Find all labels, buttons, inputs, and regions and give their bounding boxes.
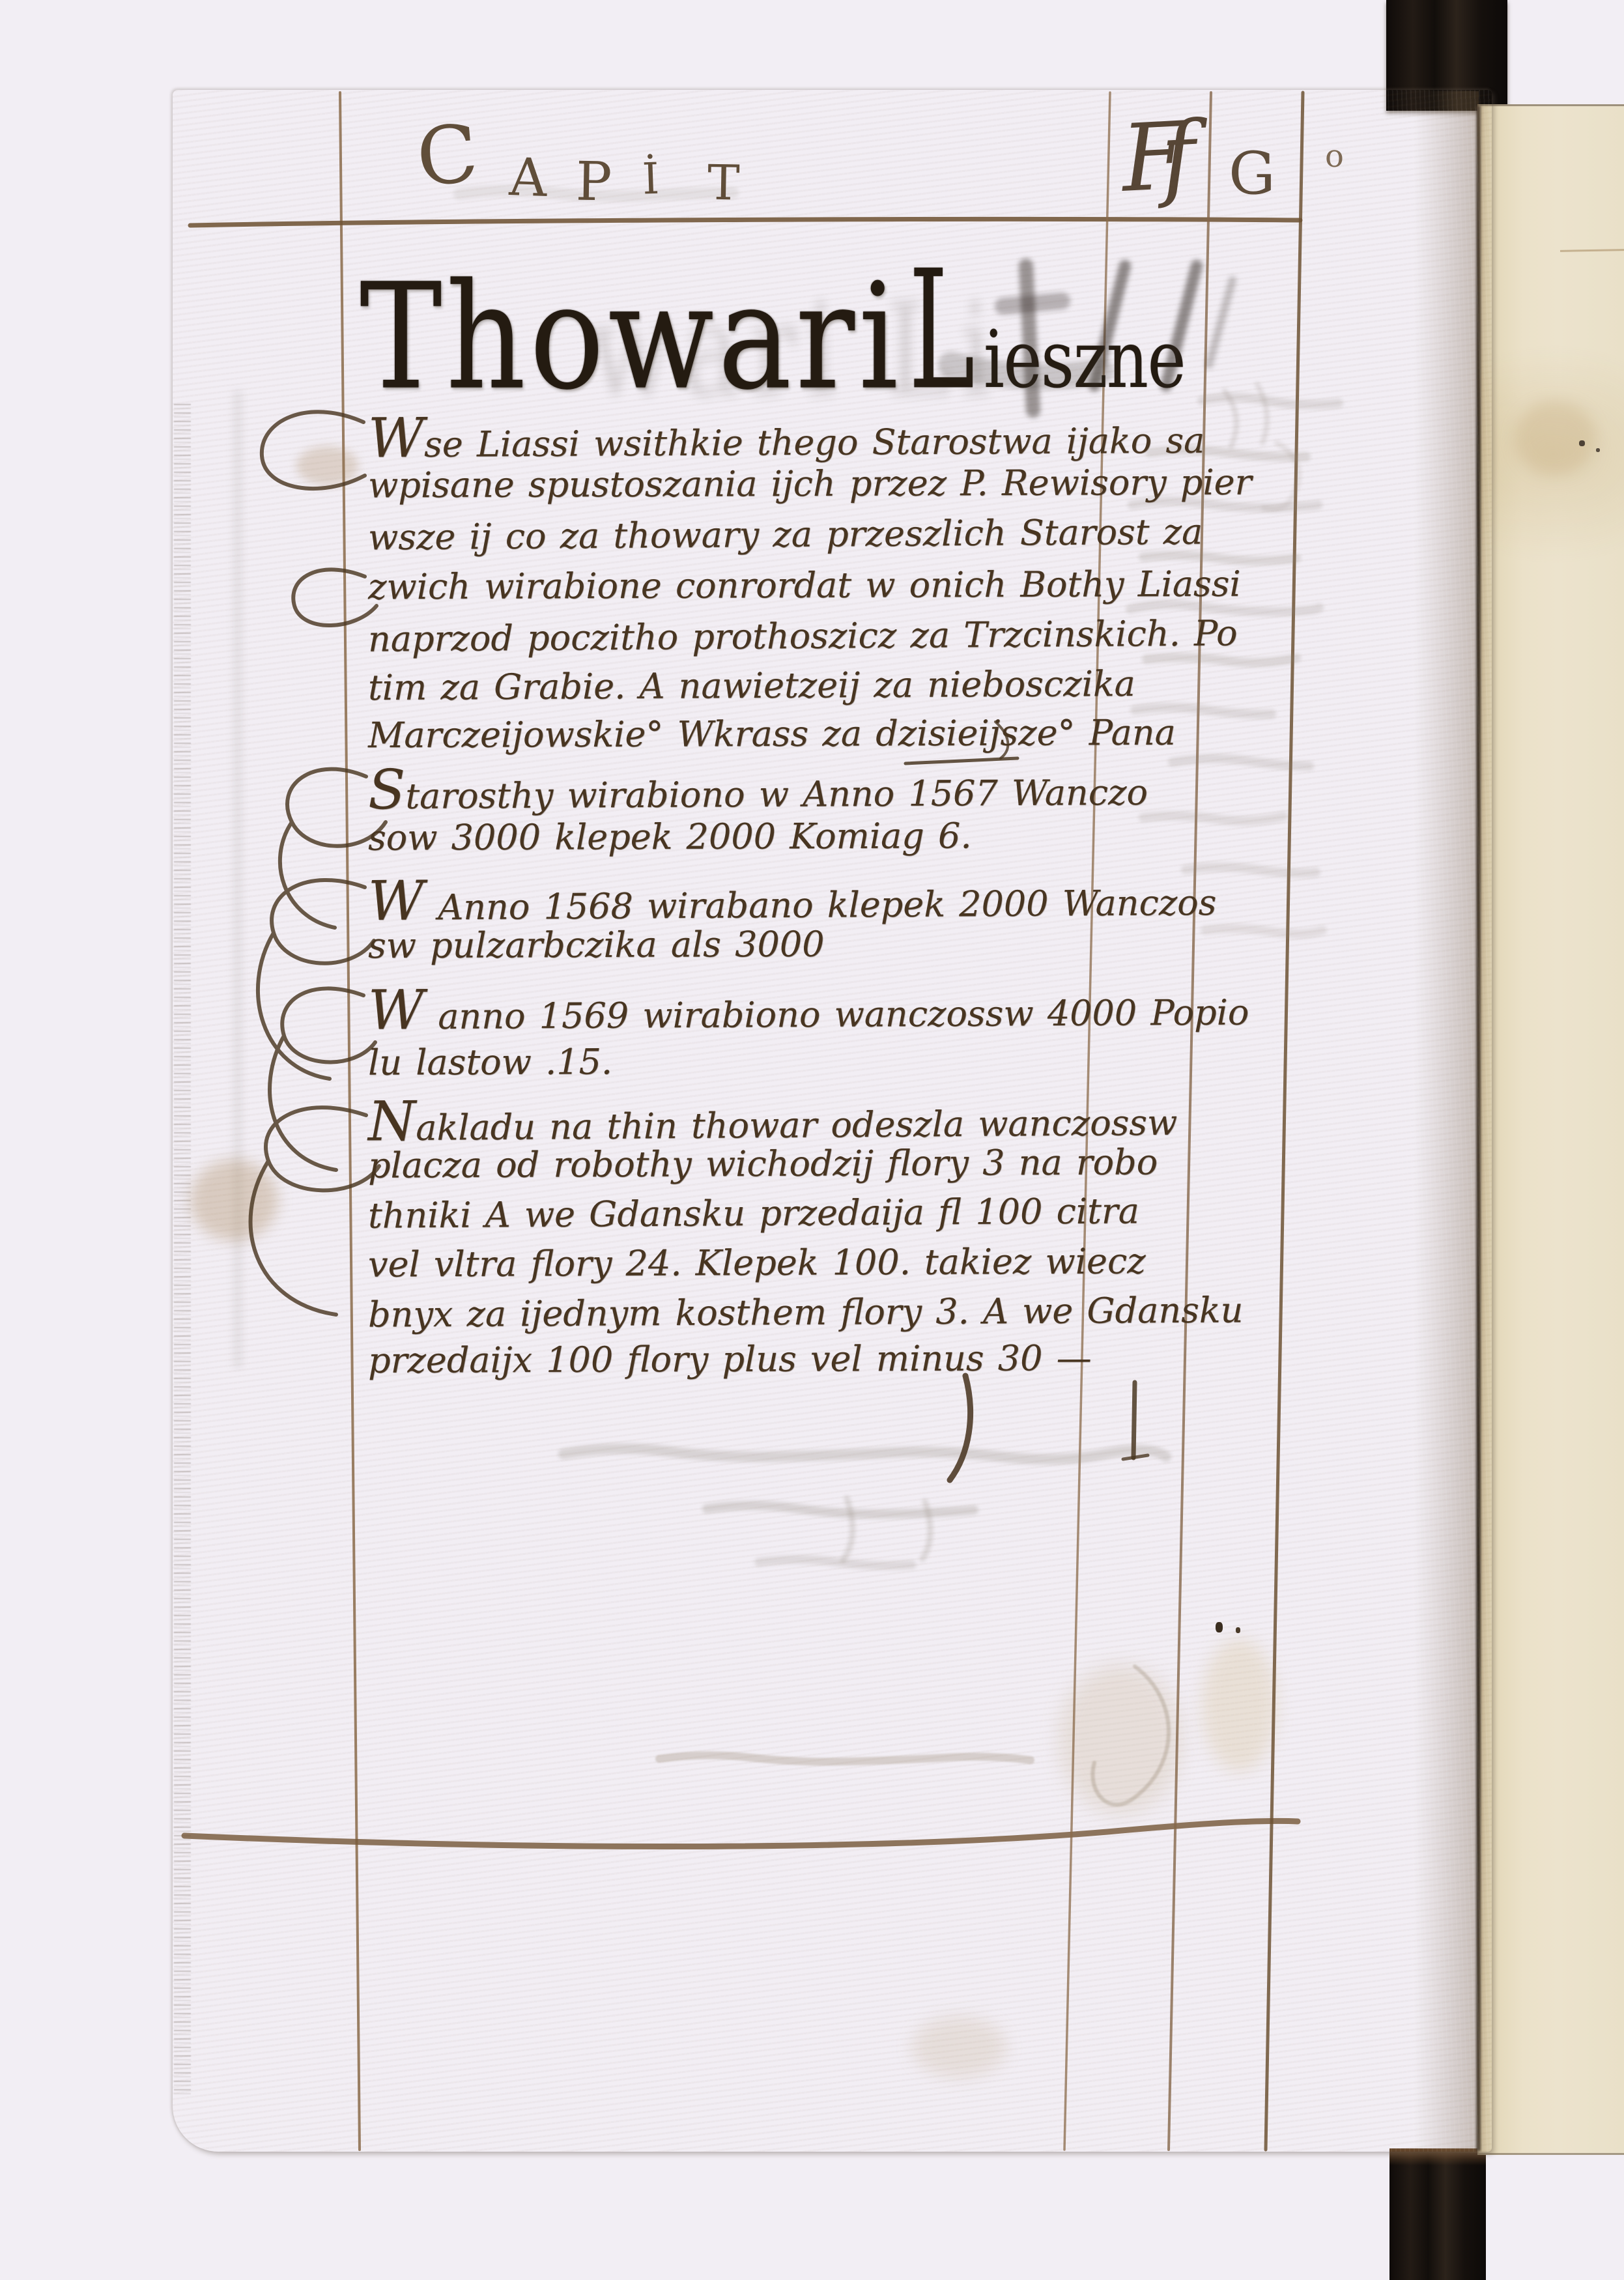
- header-letter: C: [413, 107, 481, 205]
- body-line: vel vltra flory 24. Klepek 100. takiez w…: [368, 1244, 1146, 1282]
- body-line: Wse Liassi wsithkie thego Starostwa ijak…: [368, 415, 1205, 463]
- page-edge-striations: [174, 404, 191, 2098]
- binding-strip-bottom: [1389, 2148, 1486, 2280]
- folio-mark-f: Ff: [1119, 103, 1174, 213]
- body-line: tim za Grabie. A nawietzeij za niebosczi…: [368, 666, 1135, 705]
- body-line: Marczeijowskie° Wkrass za dzisieijsze° P…: [368, 715, 1176, 753]
- body-line: przedaijx 100 flory plus vel minus 30 —: [368, 1341, 1092, 1378]
- title-initial-L: L: [909, 235, 975, 426]
- body-line: thniki A we Gdansku przedaija fl 100 cit…: [368, 1193, 1139, 1233]
- title-word-ieszne: ieszne: [984, 313, 1185, 406]
- scanned-manuscript-page: C A P İ T Ff G o wari Li Thowari L ieszn…: [0, 0, 1624, 2280]
- facing-page-edge: [1477, 104, 1624, 2155]
- body-line: naprzod poczitho prothoszicz za Trzcinsk…: [368, 616, 1238, 657]
- header-letter: İ: [642, 154, 661, 205]
- header-letter: A: [508, 147, 548, 208]
- folio-mark-g: G: [1229, 139, 1275, 208]
- page-title: Thowari L ieszne: [360, 251, 1229, 422]
- body-line: lu lastow .15.: [368, 1044, 612, 1080]
- header-letter: P: [575, 151, 612, 214]
- body-line: Nakladu na thin thowar odeszla wanczossw: [368, 1097, 1178, 1147]
- body-line: W anno 1569 wirabiono wanczossw 4000 Pop…: [368, 986, 1249, 1034]
- header-letter: T: [707, 155, 740, 212]
- body-line: zwich wirabione conrordat w onich Bothy …: [368, 567, 1241, 605]
- body-line: sw pulzarbczika als 3000: [368, 927, 825, 963]
- body-line: Starosthy wirabiono w Anno 1567 Wanczo: [368, 767, 1148, 814]
- body-line: W Anno 1568 wirabano klepek 2000 Wanczos: [368, 877, 1217, 926]
- body-line: bnyx za ijednym kosthem flory 3. A we Gd…: [368, 1292, 1244, 1332]
- body-line: wsze ij co za thowary za przeszlich Star…: [368, 515, 1203, 556]
- body-line: sow 3000 klepek 2000 Komiag 6.: [368, 818, 972, 855]
- left-fold-shadow: [233, 391, 242, 1368]
- body-line: placza od robothy wichodzij flory 3 na r…: [368, 1145, 1158, 1183]
- title-word-thowari: Thowari: [360, 252, 902, 422]
- body-line: wpisane spustoszania ijch przez P. Rewis…: [368, 465, 1252, 504]
- folio-mark-o: o: [1325, 138, 1344, 175]
